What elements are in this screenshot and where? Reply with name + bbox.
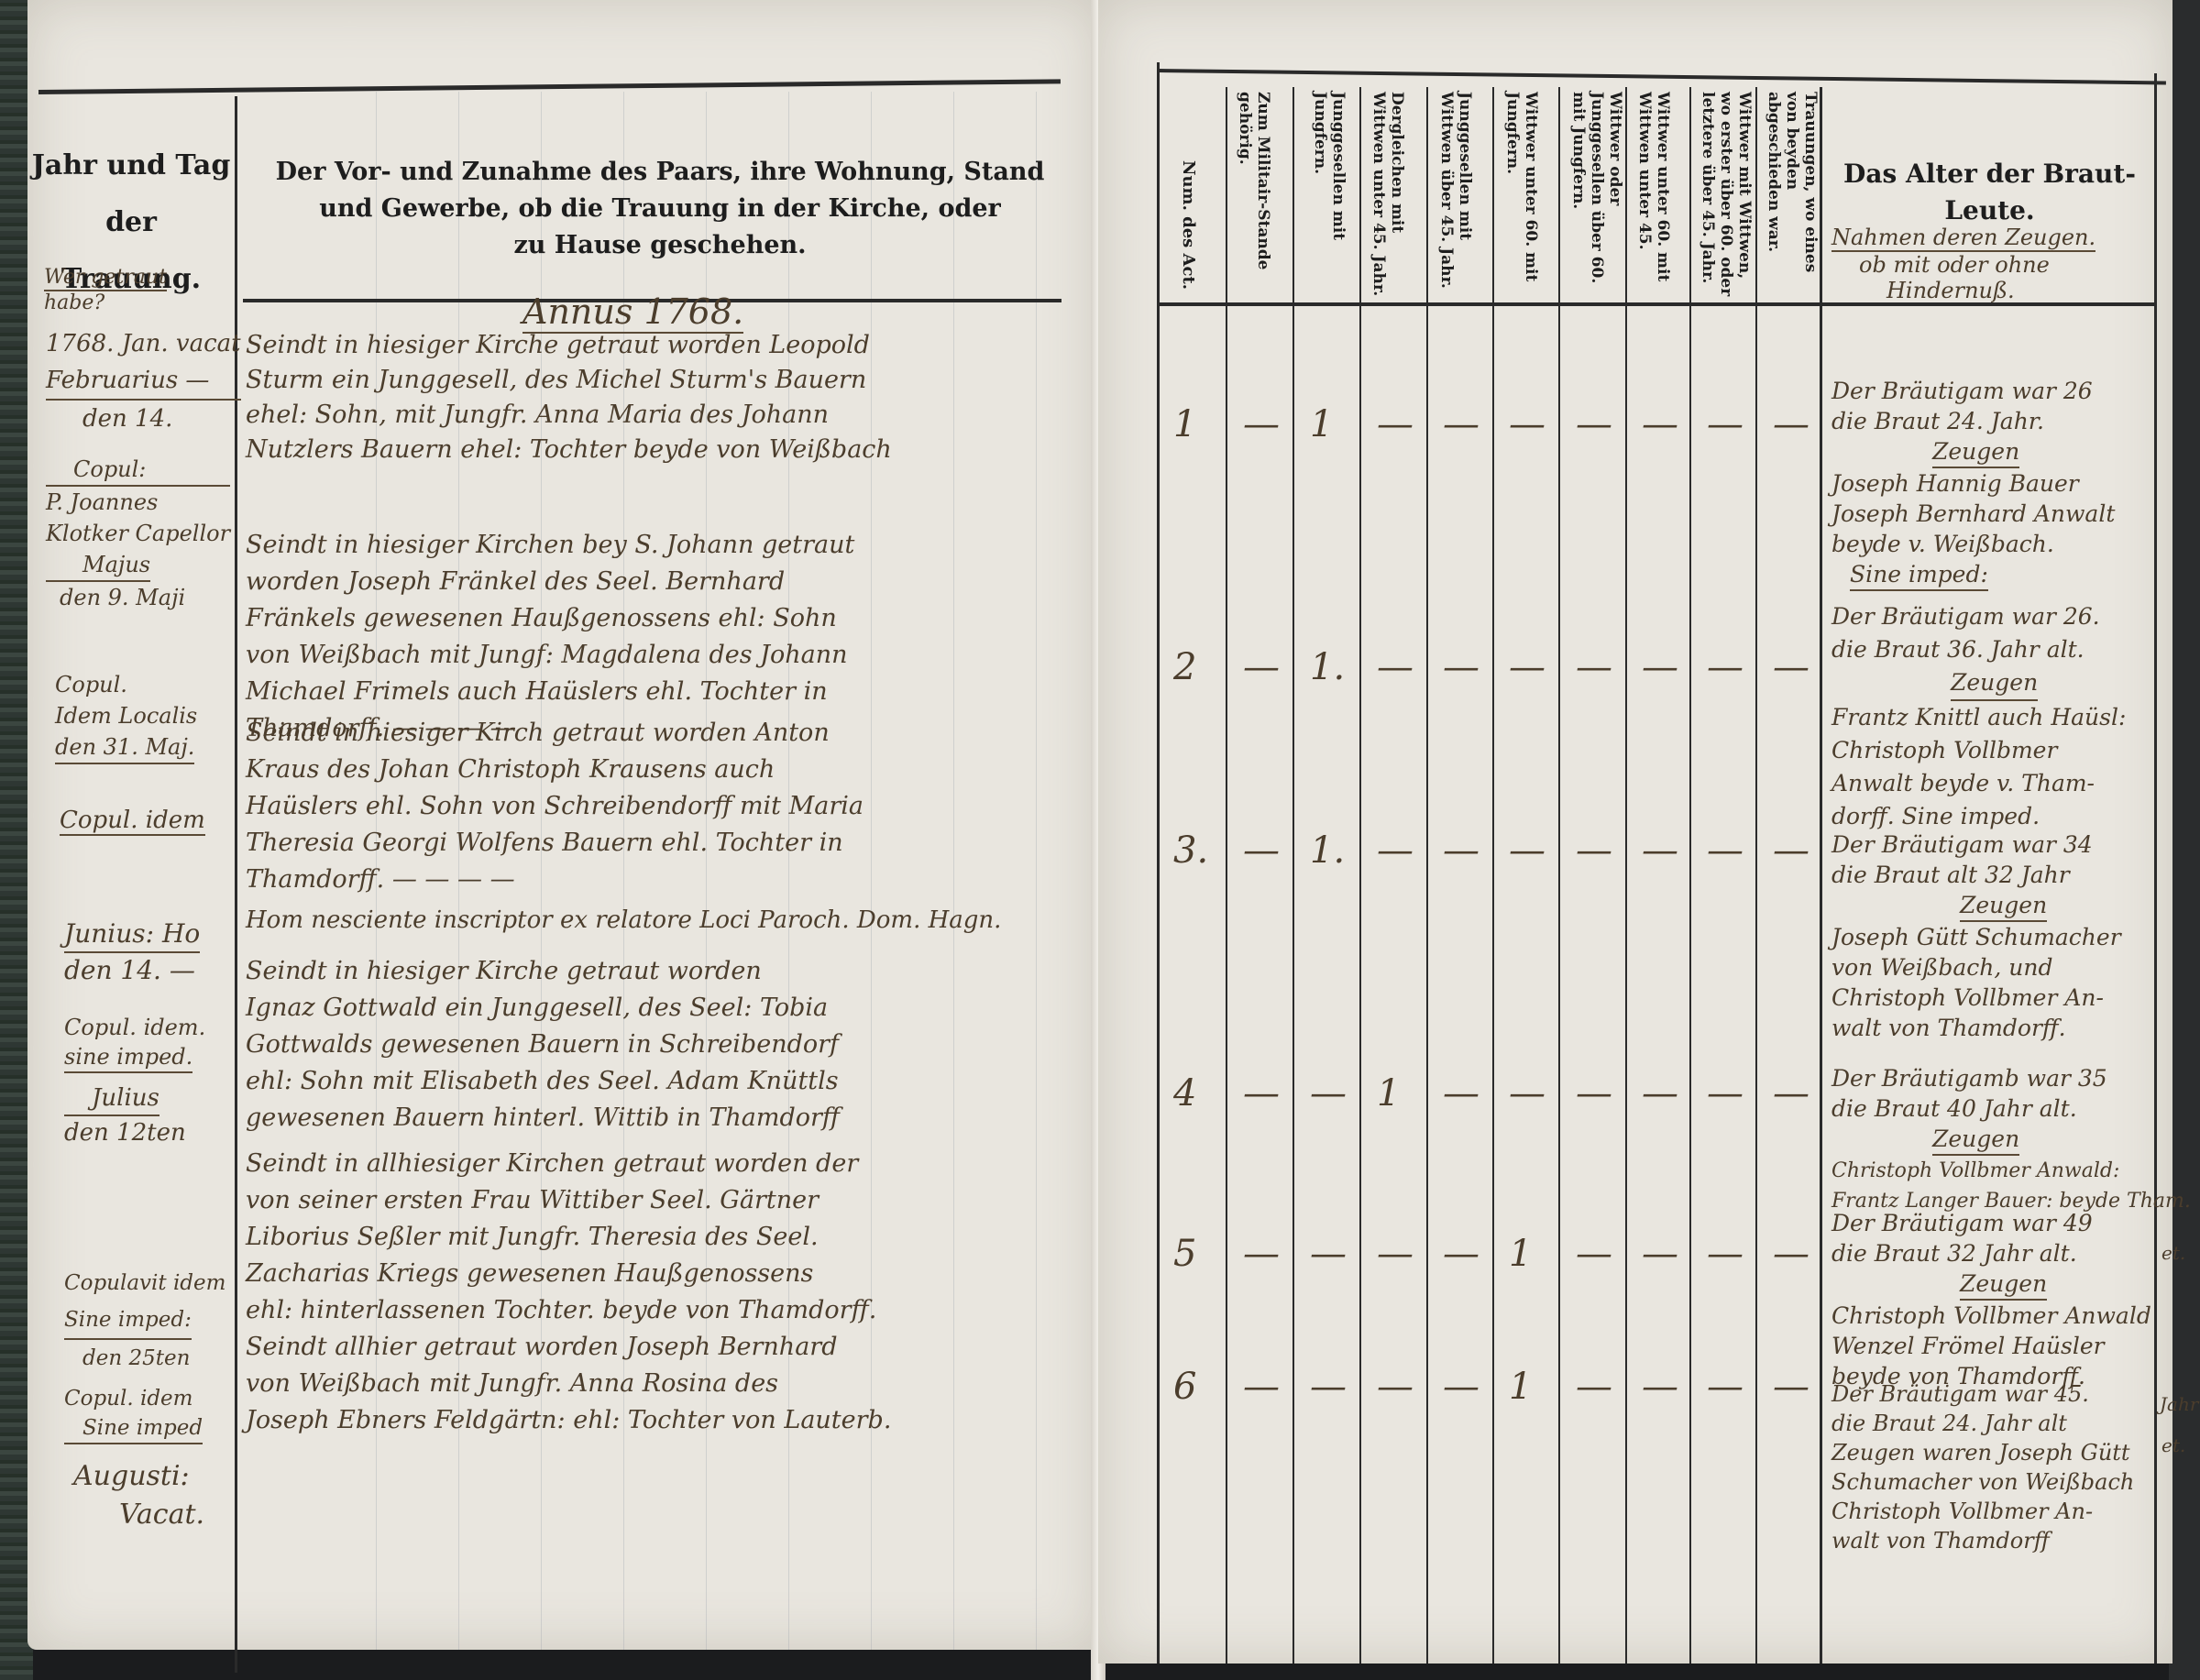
tally-mark: — [1642, 1366, 1678, 1408]
tally-mark: — [1642, 829, 1678, 872]
date-entry: Copul. Idem Localis den 31. Maj. [55, 669, 197, 764]
marriage-entry-note: Hom nesciente inscriptor ex relatore Loc… [246, 903, 1001, 938]
tally-mark: — [1509, 829, 1545, 872]
date-entry: Copulavit idem Sine imped: den 25ten [64, 1265, 225, 1377]
column-header-dergl-wittwen: Dergleichen mit Wittwen unter 45. Jahr. [1369, 92, 1406, 302]
tally-mark: — [1773, 646, 1809, 688]
left-page: Jahr und Tag der Trauung. Wer getraut ha… [27, 0, 1098, 1650]
tally-mark: — [1576, 829, 1612, 872]
act-number: 3. [1173, 829, 1208, 872]
tally-mark: — [1377, 646, 1413, 688]
marriage-entry-1: Seindt in hiesiger Kirche getraut worden… [246, 328, 892, 467]
alter-entry-4: Der Bräutigamb war 35 die Braut 40 Jahr … [1831, 1063, 2191, 1216]
right-page: Num. des Act. Zum Militair-Stande gehöri… [1098, 0, 2172, 1664]
margin-fragment: et. [2161, 1242, 2185, 1264]
column-header-num: Num. des Act. [1179, 160, 1197, 290]
tally-mark: — [1576, 1233, 1612, 1275]
tally-mark: — [1443, 1366, 1479, 1408]
alter-entry-5: Der Bräutigam war 49 die Braut 32 Jahr a… [1831, 1208, 2151, 1391]
tally-mark: — [1773, 829, 1809, 872]
tally-mark: — [1243, 1233, 1280, 1275]
date-entry: Copul: P. Joannes Klotker Capellor Majus… [46, 454, 230, 613]
tally-mark: 1 [1310, 403, 1333, 445]
alter-entry-6: Der Bräutigam war 45. die Braut 24. Jahr… [1831, 1379, 2134, 1555]
column-header-geschieden: Trauungen, wo eines von beyden abgeschie… [1765, 92, 1820, 302]
tally-mark: — [1642, 646, 1678, 688]
margin-fragment: et. [2161, 1434, 2185, 1456]
tally-mark: — [1443, 646, 1479, 688]
tally-mark: — [1773, 403, 1809, 445]
act-number: 6 [1173, 1366, 1196, 1408]
tally-mark: — [1576, 1366, 1612, 1408]
column-header-wittwer-u60: Wittwer unter 60. mit Jungfern. [1503, 92, 1540, 302]
tally-mark: — [1243, 1366, 1280, 1408]
alter-entry-1: Der Bräutigam war 26 die Braut 24. Jahr.… [1831, 376, 2115, 591]
tally-mark: — [1707, 1233, 1743, 1275]
tally-mark: — [1377, 403, 1413, 445]
column-header-wittwer-wittwen-ue: Wittwer mit Wittwen, wo erster über 60. … [1699, 92, 1754, 302]
tally-mark: — [1377, 1233, 1413, 1275]
tally-mark: — [1773, 1366, 1809, 1408]
alter-entry-3: Der Bräutigam war 34 die Braut alt 32 Ja… [1831, 829, 2121, 1043]
marriage-entry-3: Seindt in hiesiger Kirch getraut worden … [246, 715, 863, 898]
tally-mark: — [1707, 646, 1743, 688]
tally-mark: — [1773, 1233, 1809, 1275]
date-entry: Junius: Ho den 14. — [64, 917, 200, 988]
marriage-entry-4: Seindt in hiesiger Kirche getraut worden… [246, 953, 840, 1136]
tally-mark: — [1509, 403, 1545, 445]
marriage-entry-6: Seindt allhier getraut worden Joseph Ber… [246, 1329, 891, 1439]
tally-mark: — [1509, 1072, 1545, 1115]
tally-mark: — [1707, 829, 1743, 872]
tally-mark: — [1576, 1072, 1612, 1115]
tally-mark: — [1443, 1072, 1479, 1115]
tally-mark: — [1243, 829, 1280, 872]
tally-mark: — [1642, 1233, 1678, 1275]
tally-mark: — [1707, 1366, 1743, 1408]
act-number: 5 [1173, 1233, 1196, 1275]
tally-mark: — [1243, 403, 1280, 445]
alter-entry-2: Der Bräutigam war 26. die Braut 36. Jahr… [1831, 600, 2126, 833]
tally-mark: — [1243, 1072, 1280, 1115]
tally-mark: — [1443, 403, 1479, 445]
margin-fragment: Jahr [2160, 1393, 2198, 1415]
tally-mark: — [1310, 1233, 1347, 1275]
date-entry: Copul. idem. sine imped. [64, 1013, 205, 1073]
marriage-entry-5: Seindt in allhiesiger Kirchen getraut wo… [246, 1146, 876, 1329]
book-binding-right [2169, 0, 2200, 1680]
column-header-militaer: Zum Militair-Stande gehörig. [1236, 92, 1272, 302]
date-column-note: Wer getraut habe? [44, 266, 167, 315]
top-rule [1158, 69, 2166, 84]
tally-mark: 1 [1377, 1072, 1400, 1115]
tally-mark: — [1377, 1366, 1413, 1408]
tally-mark: — [1443, 1233, 1479, 1275]
marriage-entry-2: Seindt in hiesiger Kirchen bey S. Johann… [246, 527, 854, 747]
date-entry: Copul. idem Sine imped [64, 1384, 203, 1444]
tally-mark: 1. [1310, 829, 1345, 872]
tally-mark: — [1773, 1072, 1809, 1115]
tally-mark: — [1509, 646, 1545, 688]
tally-mark: — [1642, 1072, 1678, 1115]
column-header-jungg-wittwen: Junggesellen mit Wittwen über 45. Jahr. [1437, 92, 1474, 302]
tally-mark: — [1576, 646, 1612, 688]
tally-mark: — [1243, 646, 1280, 688]
tally-mark: — [1377, 829, 1413, 872]
tally-mark: — [1310, 1366, 1347, 1408]
tally-mark: 1 [1509, 1233, 1532, 1275]
column-header-wittwer-wittwen: Wittwer unter 60. mit Wittwen unter 45. [1635, 92, 1672, 302]
tally-mark: 1. [1310, 646, 1345, 688]
tally-mark: — [1310, 1072, 1347, 1115]
column-header-wittwer-ue60: Wittwer oder Junggesellen über 60. mit J… [1569, 92, 1624, 302]
date-entry: Copul. idem [60, 807, 205, 836]
date-entry: 1768. Jan. vacat Februarius — den 14. [46, 325, 241, 437]
tally-mark: — [1642, 403, 1678, 445]
tally-mark: — [1707, 1072, 1743, 1115]
act-number: 1 [1173, 403, 1196, 445]
date-entry: Augusti: Vacat. [73, 1457, 204, 1534]
column-header-jungg-jungf: Junggesellen mit Jungfern. [1311, 92, 1347, 302]
tally-mark: — [1707, 403, 1743, 445]
date-entry: Julius den 12ten [64, 1082, 186, 1149]
top-rule [38, 79, 1061, 94]
tally-mark: 1 [1509, 1366, 1532, 1408]
tally-mark: — [1443, 829, 1479, 872]
column-header-alter: Das Alter der Braut-Leute. [1831, 156, 2148, 229]
act-number: 4 [1173, 1072, 1196, 1115]
main-column-header: Der Vor- und Zunahme des Paars, ihre Woh… [257, 154, 1063, 264]
alter-column-note: Nahmen deren Zeugen. ob mit oder ohne Hi… [1831, 225, 2095, 303]
tally-mark: — [1576, 403, 1612, 445]
act-number: 2 [1173, 646, 1196, 688]
